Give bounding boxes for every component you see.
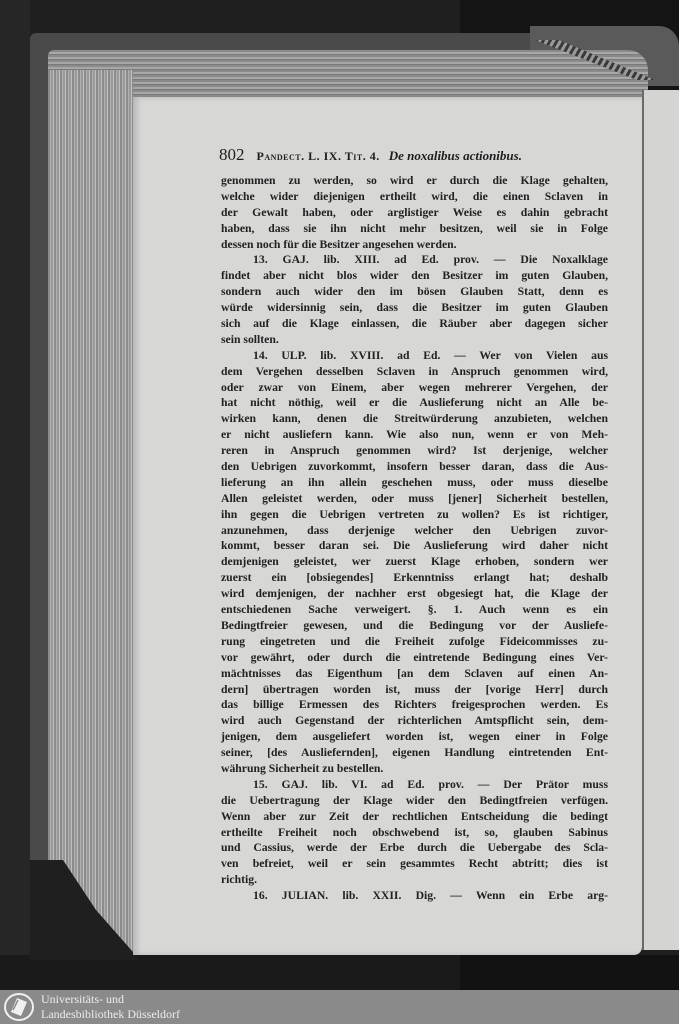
running-subtitle: De noxalibus actionibus.	[389, 148, 522, 163]
text-line: haben, dass sie ihn nicht mehr besitzen,…	[221, 221, 608, 237]
text-line: wirken kann, denen die Streitwürderung a…	[221, 411, 608, 427]
running-header: 802 Pandect. L. IX. Tit. 4. De noxalibus…	[219, 145, 639, 165]
library-footer-bar: Universitäts- und Landesbibliothek Düsse…	[0, 990, 679, 1024]
scan-background-bottom-right	[460, 955, 679, 990]
text-line: ertheilte Freiheit noch obschwebend ist,…	[221, 825, 608, 841]
library-name: Universitäts- und Landesbibliothek Düsse…	[41, 992, 180, 1022]
text-line: ven befreiet, weil er sein gesammtes Rec…	[221, 856, 608, 872]
fragment-heading-15: 15. GAJ. lib. VI. ad Ed. prov. — Der Prä…	[221, 777, 608, 793]
text-line: das billige Ermessen des Richters freige…	[221, 697, 608, 713]
text-line: sich auf die Klage einlassen, die Räuber…	[221, 316, 608, 332]
scan-background-left	[0, 0, 30, 990]
text-line: kommt, besser daran sei. Die Auslieferun…	[221, 538, 608, 554]
text-line: entschiedenen Sache verweigert. §. 1. Au…	[221, 602, 608, 618]
text-line: wird demjenigen, der nachher erst obgesi…	[221, 586, 608, 602]
text-line: würde widersinnig sein, dass die Besitze…	[221, 300, 608, 316]
text-line: wird auch Gegenstand der richterlichen A…	[221, 713, 608, 729]
text-line: jenigen, dem ausgeliefert worden ist, we…	[221, 729, 608, 745]
running-title: Pandect. L. IX. Tit. 4.	[257, 149, 380, 163]
text-line: reren in Anspruch genommen wird? Ist der…	[221, 443, 608, 459]
text-line: oder zwar von Einem, aber wegen mehrerer…	[221, 380, 608, 396]
text-line: demjenigen geleistet, wer zuerst Klage e…	[221, 554, 608, 570]
book-page: 802 Pandect. L. IX. Tit. 4. De noxalibus…	[133, 97, 642, 955]
text-line: dern] übertragen worden ist, muss der [v…	[221, 682, 608, 698]
text-line: er nicht ausliefern kann. Wie also nun, …	[221, 427, 608, 443]
text-line: währung Sicherheit zu bestellen.	[221, 761, 608, 777]
text-line: den Uebrigen zuvorkommt, insofern besser…	[221, 459, 608, 475]
text-line: lieferung an ihn allein geschehen muss, …	[221, 475, 608, 491]
text-line: zuerst ein [obsiegendes] Erkenntniss erl…	[221, 570, 608, 586]
text-line: die Uebertragung der Klage wider den Bed…	[221, 793, 608, 809]
fragment-heading-14: 14. ULP. lib. XVIII. ad Ed. — Wer von Vi…	[221, 348, 608, 364]
text-line: genommen zu werden, so wird er durch die…	[221, 173, 608, 189]
text-line: dem Vergehen desselben Sclaven in Anspru…	[221, 364, 608, 380]
facing-page	[642, 90, 679, 950]
text-line: richtig.	[221, 872, 608, 888]
fragment-heading-13: 13. GAJ. lib. XIII. ad Ed. prov. — Die N…	[221, 252, 608, 268]
text-line: Allen geleistet werden, oder muss [jener…	[221, 491, 608, 507]
text-line: welche wider diejenigen ertheilt wird, d…	[221, 189, 608, 205]
text-line: findet aber nicht blos wider den Besitze…	[221, 268, 608, 284]
library-logo-icon	[3, 992, 35, 1022]
page-edges-left	[48, 70, 133, 955]
text-line: seiner, [des Ausliefernden], eigenen Han…	[221, 745, 608, 761]
page-body-text: genommen zu werden, so wird er durch die…	[221, 173, 608, 904]
text-line: dessen noch für die Besitzer angesehen w…	[221, 237, 608, 253]
text-line: sein sollten.	[221, 332, 608, 348]
text-line: ihn gegen die Uebrigen vertreten zu woll…	[221, 507, 608, 523]
text-line: mächtnisses das Eigenthum [an dem Sclave…	[221, 666, 608, 682]
fragment-heading-16: 16. JULIAN. lib. XXII. Dig. — Wenn ein E…	[221, 888, 608, 904]
text-line: vor gewährt, oder durch die eintretende …	[221, 650, 608, 666]
text-line: Bedingtfreier gewesen, und die Bedingung…	[221, 618, 608, 634]
text-line: anzunehmen, dass derjenige welcher den U…	[221, 523, 608, 539]
text-line: sondern auch wider den im bösen Glauben …	[221, 284, 608, 300]
text-line: rung eingetreten und die Freiheit zufolg…	[221, 634, 608, 650]
text-line: und Cassius, werde der Erbe durch die Ue…	[221, 840, 608, 856]
page-edges-top	[48, 50, 648, 100]
text-line: Wenn aber zur Zeit der rechtlichen Entsc…	[221, 809, 608, 825]
page-number: 802	[219, 145, 245, 164]
library-name-line2: Landesbibliothek Düsseldorf	[41, 1007, 180, 1022]
library-name-line1: Universitäts- und	[41, 992, 180, 1007]
text-line: hat nicht nöthig, weil er die Auslieferu…	[221, 395, 608, 411]
text-line: der Gewalt haben, oder arglistiger Weise…	[221, 205, 608, 221]
